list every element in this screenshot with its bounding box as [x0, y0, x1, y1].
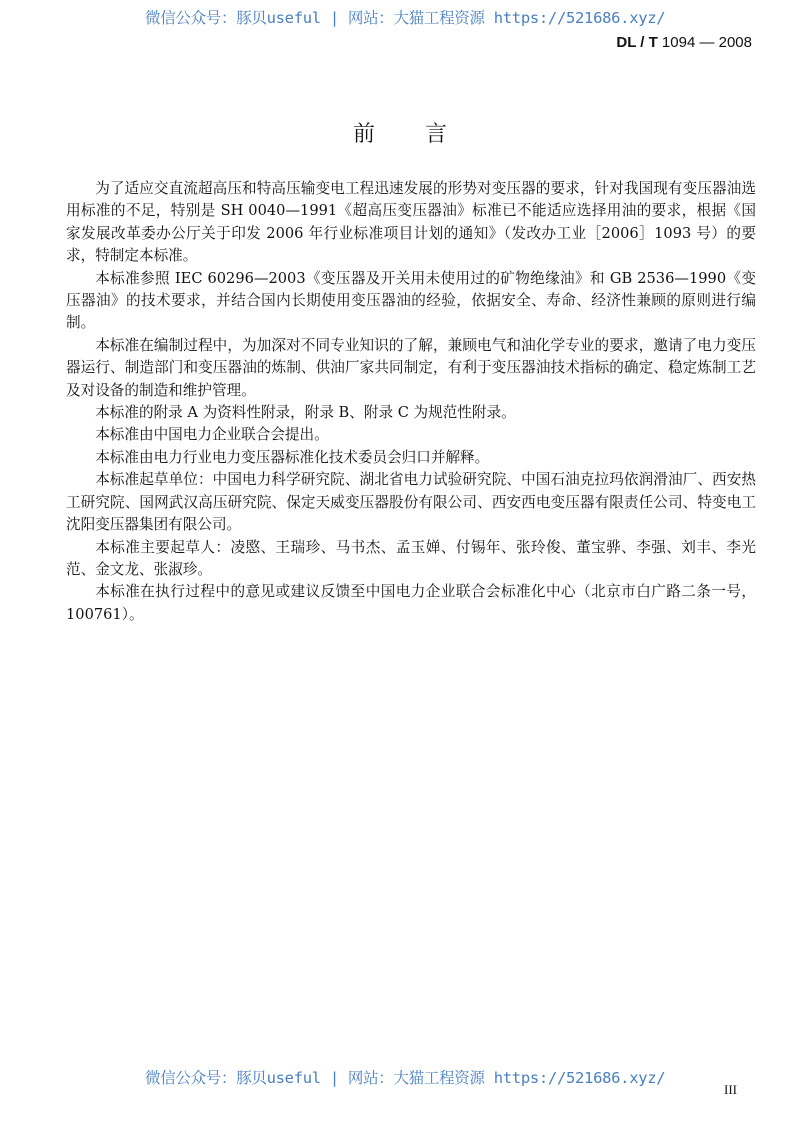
- page-number: III: [724, 1082, 737, 1098]
- standard-code: DL / T 1094 — 2008: [616, 34, 752, 51]
- paragraph-references: 本标准参照 IEC 60296—2003《变压器及开关用未使用过的矿物绝缘油》和…: [66, 268, 756, 335]
- paragraph-drafting-units: 本标准起草单位：中国电力科学研究院、湖北省电力试验研究院、中国石油克拉玛依润滑油…: [66, 469, 756, 536]
- paragraph-responsible-committee: 本标准由电力行业电力变压器标准化技术委员会归口并解释。: [66, 447, 756, 469]
- paragraph-drafting-process: 本标准在编制过程中，为加深对不同专业知识的了解，兼顾电气和油化学专业的要求，邀请…: [66, 335, 756, 402]
- paragraph-annexes: 本标准的附录 A 为资料性附录，附录 B、附录 C 为规范性附录。: [66, 402, 756, 424]
- watermark-top: 微信公众号：豚贝useful | 网站：大猫工程资源 https://52168…: [145, 6, 665, 28]
- standard-number: 1094 — 2008: [662, 34, 752, 51]
- standard-prefix: DL / T: [616, 34, 657, 51]
- paragraph-proposer: 本标准由中国电力企业联合会提出。: [66, 424, 756, 446]
- paragraph-drafters: 本标准主要起草人：凌愍、王瑞珍、马书杰、孟玉婵、付锡年、张玲俊、董宝骅、李强、刘…: [66, 537, 756, 582]
- paragraph-feedback: 本标准在执行过程中的意见或建议反馈至中国电力企业联合会标准化中心（北京市白广路二…: [66, 581, 756, 626]
- page-title: 前言: [0, 117, 800, 148]
- paragraph-purpose: 为了适应交直流超高压和特高压输变电工程迅速发展的形势对变压器的要求，针对我国现有…: [66, 178, 756, 268]
- watermark-bottom: 微信公众号：豚贝useful | 网站：大猫工程资源 https://52168…: [145, 1066, 665, 1088]
- foreword-body: 为了适应交直流超高压和特高压输变电工程迅速发展的形势对变压器的要求，针对我国现有…: [66, 178, 756, 626]
